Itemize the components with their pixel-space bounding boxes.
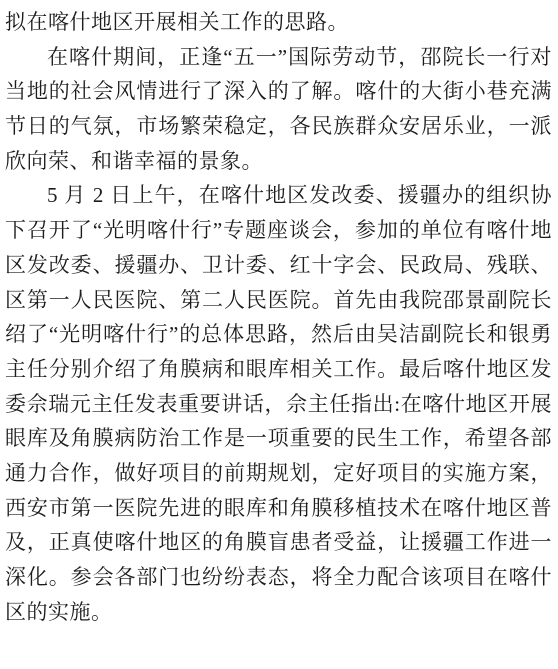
text-line: 主任分别介绍了角膜病和眼库相关工作。最后喀什地区发改 bbox=[5, 352, 552, 387]
text-line: 绍了“光明喀什行”的总体思路，然后由吴洁副院长和银勇 bbox=[5, 317, 552, 352]
document-page: 拟在喀什地区开展相关工作的思路。 在喀什期间，正逢“五一”国际劳动节，邵院长一行… bbox=[0, 0, 558, 669]
text-line: 深化。参会各部门也纷纷表态，将全力配合该项目在喀什地 bbox=[5, 560, 552, 595]
text-line: 委佘瑞元主任发表重要讲话，佘主任指出:在喀什地区开展 bbox=[5, 387, 552, 422]
text-line: 及，正真使喀什地区的角膜盲患者受益，让援疆工作进一步 bbox=[5, 525, 552, 560]
text-line: 区发改委、援疆办、卫计委、红十字会、民政局、残联、地 bbox=[5, 248, 552, 283]
text-line: 眼库及角膜病防治工作是一项重要的民生工作，希望各部门 bbox=[5, 421, 552, 456]
text-line: 通力合作，做好项目的前期规划，定好项目的实施方案，使 bbox=[5, 456, 552, 491]
text-line: 在喀什期间，正逢“五一”国际劳动节，邵院长一行对 bbox=[5, 40, 552, 75]
text-line: 下召开了“光明喀什行”专题座谈会，参加的单位有喀什地 bbox=[5, 213, 552, 248]
text-line: 区第一人民医院、第二人民医院。首先由我院邵景副院长介 bbox=[5, 283, 552, 318]
text-line: 拟在喀什地区开展相关工作的思路。 bbox=[5, 5, 552, 40]
text-line: 5 月 2 日上午，在喀什地区发改委、援疆办的组织协调 bbox=[5, 178, 552, 213]
text-line: 欣向荣、和谐幸福的景象。 bbox=[5, 144, 552, 179]
text-line: 节日的气氛，市场繁荣稳定，各民族群众安居乐业，一派欣 bbox=[5, 109, 552, 144]
text-line: 区的实施。 bbox=[5, 595, 552, 630]
text-line: 当地的社会风情进行了深入的了解。喀什的大街小巷充满了 bbox=[5, 74, 552, 109]
text-line: 西安市第一医院先进的眼库和角膜移植技术在喀什地区普 bbox=[5, 491, 552, 526]
